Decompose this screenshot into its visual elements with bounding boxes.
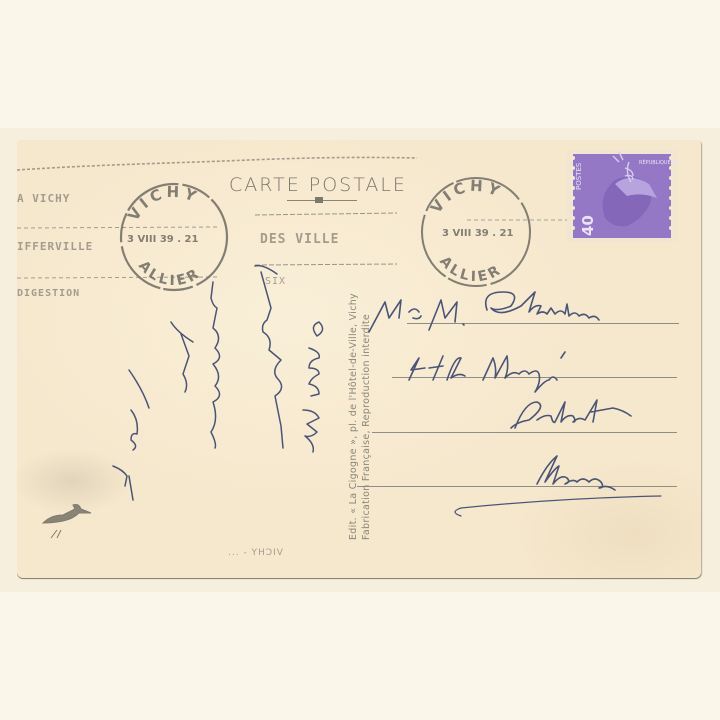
postmark-1: VICHY ALLIER 3 VIII 39 . 21 <box>121 183 227 290</box>
svg-text:VICHY: VICHY <box>427 177 506 217</box>
svg-text:3 VIII 39 . 21: 3 VIII 39 . 21 <box>442 228 513 239</box>
svg-text:40: 40 <box>579 215 597 236</box>
svg-text:3 VIII 39 . 21: 3 VIII 39 . 21 <box>127 234 198 245</box>
stamp-graphic: POSTES RÉPUBLIQUE FRANÇAISE 40 <box>565 148 679 244</box>
svg-text:RÉPUBLIQUE FRANÇAISE: RÉPUBLIQUE FRANÇAISE <box>639 158 679 166</box>
postage-stamp: POSTES RÉPUBLIQUE FRANÇAISE 40 <box>565 148 679 244</box>
address-handwriting <box>369 292 661 516</box>
svg-text:POSTES: POSTES <box>575 162 583 190</box>
stork-logo <box>43 505 91 539</box>
svg-text:VICHY: VICHY <box>124 183 202 224</box>
svg-text:ALLIER: ALLIER <box>135 258 204 289</box>
postmark-2: VICHY ALLIER 3 VIII 39 . 21 <box>422 177 530 286</box>
postcard-back: CARTE POSTALE A VICHY IFFERVILLE DIGESTI… <box>17 140 701 578</box>
svg-text:ALLIER: ALLIER <box>436 253 505 285</box>
message-handwriting <box>113 266 323 500</box>
